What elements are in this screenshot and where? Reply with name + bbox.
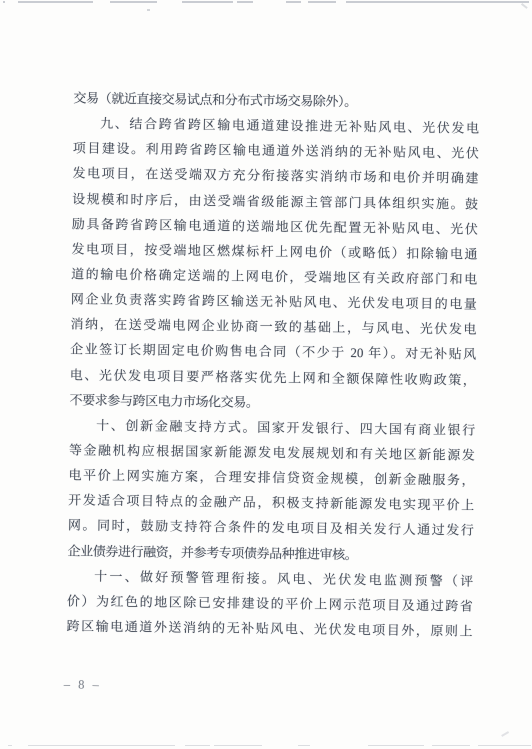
scan-artifact (182, 1, 233, 3)
page-number: – 8 – (64, 677, 102, 692)
scan-artifact (432, 745, 470, 747)
scan-artifact (478, 745, 531, 747)
scan-artifact (8, 745, 12, 747)
scan-artifact (185, 745, 210, 747)
scan-artifact (110, 1, 157, 3)
scan-artifact (308, 1, 336, 3)
scan-artifact (3, 1, 5, 3)
scan-artifact (214, 745, 262, 747)
scan-artifact (18, 1, 93, 3)
scan-artifact (346, 1, 529, 3)
scan-artifact (368, 745, 424, 747)
scan-artifact (237, 1, 253, 3)
scan-artifact (28, 745, 175, 747)
scan-artifact (501, 731, 509, 736)
scan-artifact (147, 9, 150, 11)
scan-artifact (286, 1, 301, 3)
document-body: 交易（就近直接交易试点和分布式市场交易除外）。 九、结合跨省跨区输电通道建设推进… (65, 85, 479, 720)
text-line: 跨区输电通道外送消纳的无补贴风电、光伏发电项目外，原则上 (66, 613, 472, 643)
scan-artifact (521, 3, 527, 8)
scan-artifact (298, 745, 310, 747)
scanned-document-page: 交易（就近直接交易试点和分布式市场交易除外）。 九、结合跨省跨区输电通道建设推进… (0, 0, 532, 749)
